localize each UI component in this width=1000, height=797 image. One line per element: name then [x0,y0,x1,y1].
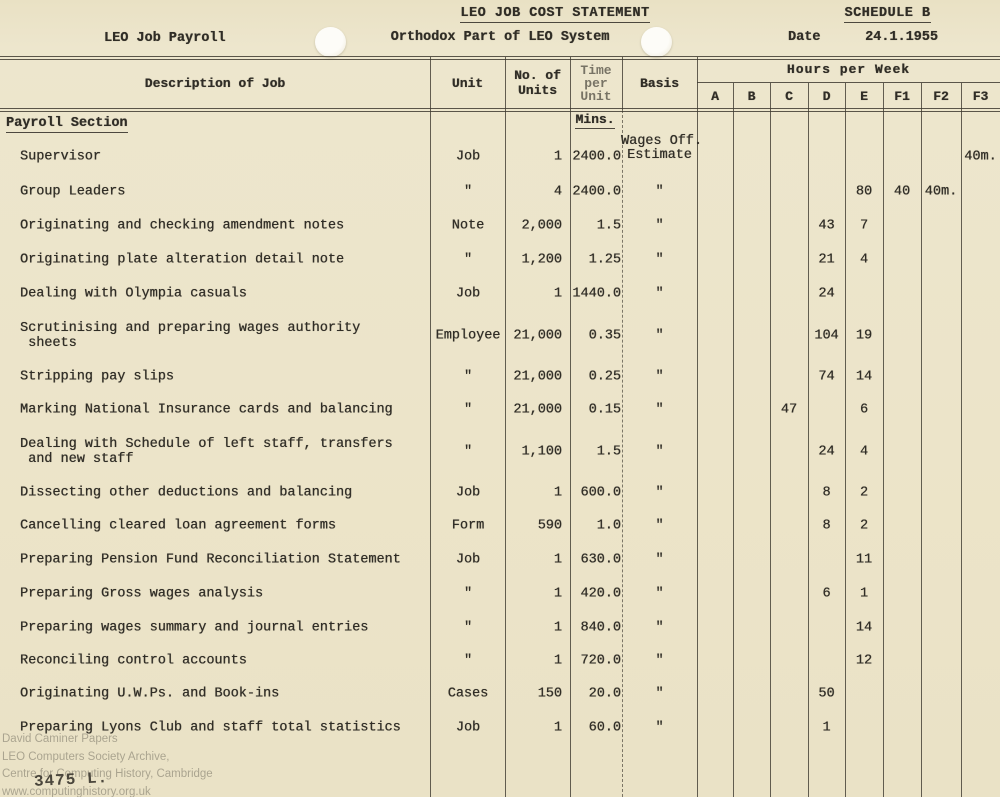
col-header-unit: Unit [430,58,505,108]
unit-cell: Job [430,553,506,568]
hours-cell-e: 4 [845,445,883,460]
job-description: Dealing with Schedule of left staff, tra… [20,437,428,467]
job-description: Originating U.W.Ps. and Book-ins [20,687,428,702]
col-header-no-of-units: No. of Units [505,58,570,108]
units-count-cell: 1 [502,486,562,501]
hours-cell-e: 6 [845,403,883,418]
table-row: Group Leaders"42400.0"804040m. [0,175,1000,209]
table-row: Preparing Pension Fund Reconciliation St… [0,543,1000,577]
job-description: Supervisor [20,149,428,164]
basis-cell: " [621,445,698,460]
table-rule [0,111,1000,112]
units-count-cell: 1 [502,287,562,302]
units-count-cell: 4 [502,185,562,200]
basis-cell: " [621,621,698,636]
watermark-line: LEO Computers Society Archive, [2,749,213,767]
table-row: Dissecting other deductions and balancin… [0,477,1000,509]
document-title-wrap: LEO JOB COST STATEMENT [380,6,730,21]
time-per-unit-cell: 720.0 [568,654,621,669]
unit-cell: " [430,587,506,602]
col-header-hours-a: A [697,84,733,109]
hours-cell-d: 43 [808,219,845,234]
hours-cell-d: 21 [808,253,845,268]
table-row: Preparing Gross wages analysis"1420.0"61 [0,577,1000,611]
basis-cell: " [621,721,698,736]
basis-cell: " [621,519,698,534]
hours-cell-d: 8 [808,486,845,501]
col-header-hours-f3: F3 [961,84,1000,109]
hours-cell-d: 1 [808,721,845,736]
unit-cell: " [430,185,506,200]
hours-cell-d: 24 [808,445,845,460]
job-description: Stripping pay slips [20,370,428,385]
time-unit-note-wrap: Mins. [570,112,620,127]
table-row: Marking National Insurance cards and bal… [0,393,1000,427]
unit-cell: Job [430,486,506,501]
hours-cell-e: 11 [845,553,883,568]
table-row: Originating plate alteration detail note… [0,243,1000,277]
table-row: Cancelling cleared loan agreement formsF… [0,509,1000,543]
basis-cell: " [621,253,698,268]
time-per-unit-cell: 1.0 [568,519,621,534]
unit-cell: " [430,253,506,268]
schedule-label-wrap: SCHEDULE B [820,6,955,21]
units-count-cell: 1 [502,587,562,602]
unit-cell: Job [430,287,506,302]
hours-cell-d: 74 [808,370,845,385]
job-description: Dealing with Olympia casuals [20,287,428,302]
job-description: Originating and checking amendment notes [20,219,428,234]
basis-cell: " [621,486,698,501]
hours-cell-d: 50 [808,687,845,702]
job-description: Preparing Gross wages analysis [20,587,428,602]
basis-cell: " [621,687,698,702]
hours-cell-d: 6 [808,587,845,602]
hours-cell-e: 7 [845,219,883,234]
units-count-cell: 1 [502,553,562,568]
col-header-time-per-unit: Time per Unit [570,57,622,110]
time-unit-note: Mins. [575,112,614,129]
table-row: Originating and checking amendment notes… [0,209,1000,243]
system-name: Orthodox Part of LEO System [355,30,645,45]
date-label: Date [788,30,820,45]
form-name: LEO Job Payroll [104,31,226,46]
col-header-hours-b: B [733,84,770,109]
hours-cell-e: 12 [845,654,883,669]
units-count-cell: 590 [502,519,562,534]
col-header-hours-c: C [770,84,808,109]
units-count-cell: 1,100 [502,445,562,460]
job-description: Preparing wages summary and journal entr… [20,621,428,636]
col-header-hours-per-week: Hours per Week [697,57,1000,82]
col-header-basis: Basis [622,58,697,108]
time-per-unit-cell: 60.0 [568,721,621,736]
hours-cell-e: 19 [845,329,883,344]
units-count-cell: 21,000 [502,329,562,344]
hours-cell-f2: 40m. [921,185,961,200]
basis-cell: " [621,329,698,344]
table-row: Dealing with Schedule of left staff, tra… [0,427,1000,477]
basis-cell: " [621,553,698,568]
job-description: Scrutinising and preparing wages authori… [20,321,428,351]
time-per-unit-cell: 1.25 [568,253,621,268]
unit-cell: " [430,654,506,669]
date-group: Date 24.1.1955 [788,30,938,45]
col-header-description: Description of Job [0,58,430,108]
job-description: Reconciling control accounts [20,654,428,669]
table-row: Stripping pay slips"21,0000.25"7414 [0,361,1000,393]
hours-cell-d: 8 [808,519,845,534]
time-per-unit-cell: 0.25 [568,370,621,385]
hours-cell-e: 4 [845,253,883,268]
section-heading: Payroll Section [6,116,128,133]
job-description: Preparing Pension Fund Reconciliation St… [20,553,428,568]
unit-cell: Cases [430,687,506,702]
time-per-unit-cell: 0.35 [568,329,621,344]
scanned-document: LEO JOB COST STATEMENT SCHEDULE B LEO Jo… [0,0,1000,797]
basis-cell: " [621,587,698,602]
units-count-cell: 1 [502,721,562,736]
unit-cell: Note [430,219,506,234]
basis-cell: " [621,185,698,200]
table-row: Preparing wages summary and journal entr… [0,611,1000,645]
time-per-unit-cell: 0.15 [568,403,621,418]
watermark-line: David Caminer Papers [2,731,213,749]
basis-cell: Wages Off. Estimate [621,135,698,163]
col-header-hours-f2: F2 [921,84,961,109]
hours-cell-d: 104 [808,329,845,344]
document-title: LEO JOB COST STATEMENT [460,6,649,23]
hours-cell-e: 80 [845,185,883,200]
table-row: SupervisorJob12400.0Wages Off. Estimate4… [0,138,1000,175]
col-header-hours-d: D [808,84,845,109]
time-per-unit-cell: 2400.0 [568,185,621,200]
col-header-hours-e: E [845,84,883,109]
unit-cell: Form [430,519,506,534]
job-description: Marking National Insurance cards and bal… [20,403,428,418]
unit-cell: Job [430,149,506,164]
basis-cell: " [621,370,698,385]
table-row: Dealing with Olympia casualsJob11440.0"2… [0,277,1000,311]
col-header-hours-f1: F1 [883,84,921,109]
hours-cell-e: 14 [845,621,883,636]
hours-cell-e: 2 [845,486,883,501]
units-count-cell: 150 [502,687,562,702]
units-count-cell: 2,000 [502,219,562,234]
schedule-label: SCHEDULE B [844,6,930,23]
table-row: Originating U.W.Ps. and Book-insCases150… [0,677,1000,711]
hours-cell-e: 14 [845,370,883,385]
time-per-unit-cell: 630.0 [568,553,621,568]
basis-cell: " [621,654,698,669]
table-row: Scrutinising and preparing wages authori… [0,311,1000,361]
units-count-cell: 1 [502,149,562,164]
unit-cell: " [430,403,506,418]
units-count-cell: 1,200 [502,253,562,268]
section-heading-wrap: Payroll Section [6,116,128,131]
basis-cell: " [621,287,698,302]
table-row: Reconciling control accounts"1720.0"12 [0,645,1000,677]
time-per-unit-cell: 1.5 [568,219,621,234]
job-description: Originating plate alteration detail note [20,253,428,268]
job-description: Cancelling cleared loan agreement forms [20,519,428,534]
hole-punch-icon [641,27,672,57]
table-body: SupervisorJob12400.0Wages Off. Estimate4… [0,138,1000,745]
units-count-cell: 21,000 [502,370,562,385]
time-per-unit-cell: 20.0 [568,687,621,702]
hours-cell-e: 1 [845,587,883,602]
units-count-cell: 1 [502,621,562,636]
hours-cell-c: 47 [770,403,808,418]
hours-cell-f3: 40m. [961,149,1000,164]
unit-cell: Employee [430,329,506,344]
unit-cell: " [430,621,506,636]
hours-cell-d: 24 [808,287,845,302]
unit-cell: " [430,445,506,460]
job-description: Dissecting other deductions and balancin… [20,486,428,501]
basis-cell: " [621,403,698,418]
units-count-cell: 1 [502,654,562,669]
job-description: Group Leaders [20,185,428,200]
time-per-unit-cell: 1.5 [568,445,621,460]
basis-cell: " [621,219,698,234]
time-per-unit-cell: 600.0 [568,486,621,501]
hours-cell-e: 2 [845,519,883,534]
time-per-unit-cell: 1440.0 [568,287,621,302]
time-per-unit-cell: 840.0 [568,621,621,636]
time-per-unit-cell: 420.0 [568,587,621,602]
date-value: 24.1.1955 [865,30,938,45]
unit-cell: " [430,370,506,385]
hours-cell-f1: 40 [883,185,921,200]
hole-punch-icon [315,27,346,57]
units-count-cell: 21,000 [502,403,562,418]
unit-cell: Job [430,721,506,736]
time-per-unit-cell: 2400.0 [568,149,621,164]
